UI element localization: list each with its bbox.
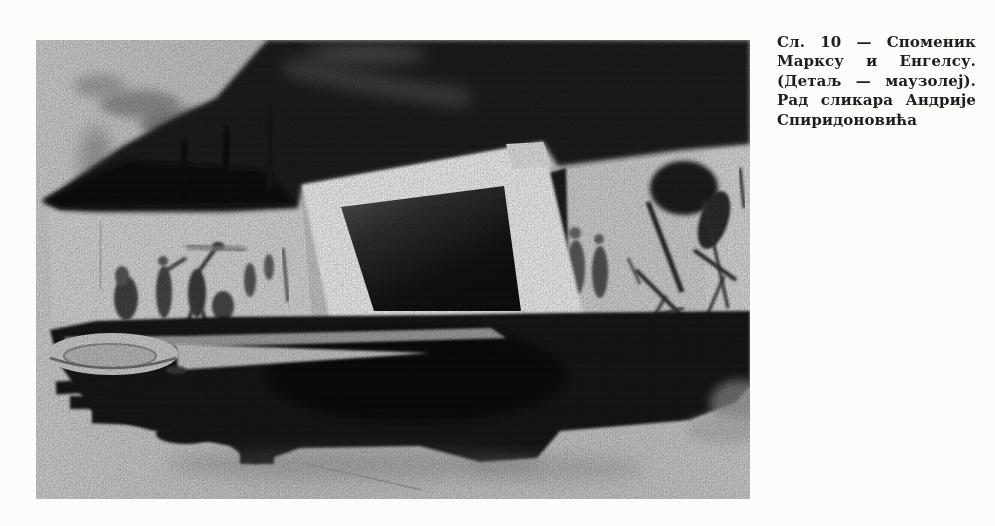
figure-caption: Сл. 10 — Споменик Марксу и Енгелсу. (Дет… [777, 33, 976, 130]
caption-line-3: (Детаљ — маузолеј). [777, 72, 976, 91]
caption-line-2: Марксу и Енгелсу. [777, 52, 976, 71]
photo-texture [36, 40, 750, 499]
caption-line-5: Спиридоновића [777, 111, 976, 130]
figure-photo [36, 40, 750, 499]
book-page: Сл. 10 — Споменик Марксу и Енгелсу. (Дет… [0, 0, 995, 526]
caption-line-1: Сл. 10 — Споменик [777, 33, 976, 52]
monument-painting [36, 40, 750, 499]
caption-line-4: Рад сликара Андрије [777, 91, 976, 110]
